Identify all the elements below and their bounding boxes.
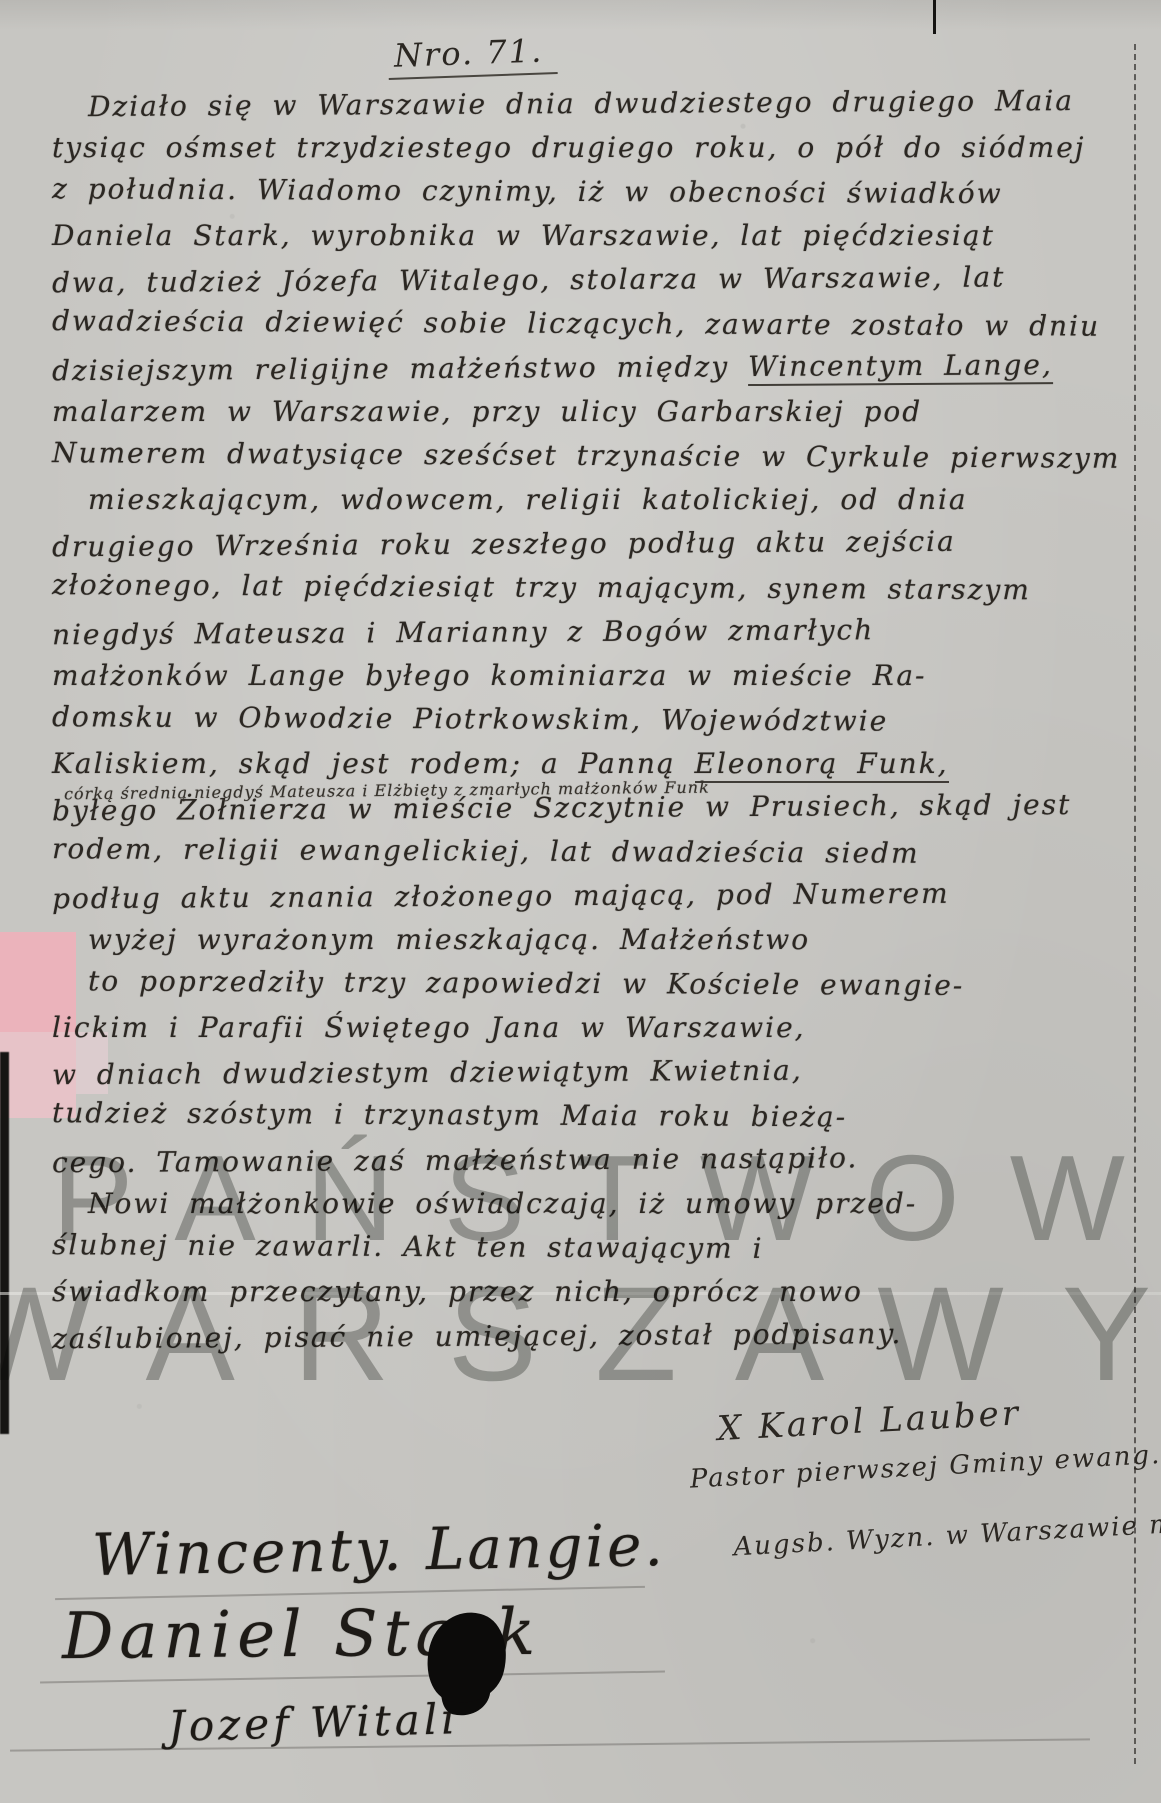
document-line: Numerem dwatysiące sześćset trzynaście w… bbox=[52, 431, 1127, 481]
document-line: podług aktu znania złożonego mającą, pod… bbox=[52, 871, 1127, 922]
officiant-signature-block: X Karol Lauber Pastor pierwszej Gminy ew… bbox=[646, 1383, 1161, 1566]
document-line: dzisiejszym religijne małżeństwo między … bbox=[52, 343, 1127, 394]
document-line: Działo się w Warszawie dnia dwudziestego… bbox=[52, 79, 1127, 130]
document-line: lickim i Parafii Świętego Jana w Warszaw… bbox=[52, 1006, 1127, 1050]
scanned-document-page: Nro. 71. Działo się w Warszawie dnia dwu… bbox=[0, 0, 1161, 1803]
document-line: to poprzedziły trzy zapowiedzi w Kościel… bbox=[52, 959, 1127, 1009]
document-line: niegdyś Mateusza i Marianny z Bogów zmar… bbox=[52, 607, 1127, 658]
document-line: Nowi małżonkowie oświadczają, iż umowy p… bbox=[52, 1182, 1127, 1226]
document-line: mieszkającym, wdowcem, religii katolicki… bbox=[52, 478, 1127, 522]
document-line: świadkom przeczytany, przez nich, oprócz… bbox=[52, 1270, 1127, 1314]
document-line: ślubnej nie zawarli. Akt ten stawającym … bbox=[52, 1223, 1127, 1273]
record-number: Nro. 71. bbox=[387, 31, 558, 80]
document-line: z południa. Wiadomo czynimy, iż w obecno… bbox=[52, 167, 1127, 217]
document-line: tysiąc ośmset trzydziestego drugiego rok… bbox=[52, 126, 1127, 170]
document-line: Daniela Stark, wyrobnika w Warszawie, la… bbox=[52, 214, 1127, 258]
document-line: małżonków Lange byłego kominiarza w mieś… bbox=[52, 654, 1127, 698]
document-line: domsku w Obwodzie Piotrkowskim, Wojewódz… bbox=[52, 695, 1127, 745]
officiant-name: X Karol Lauber bbox=[646, 1383, 1161, 1452]
line-text: Kaliskiem, skąd jest rodem; a Panną bbox=[52, 747, 695, 780]
top-edge-fold-line bbox=[933, 0, 936, 34]
signature-groom: Wincenty. Langie. bbox=[91, 1511, 666, 1589]
document-line: drugiego Września roku zeszłego podług a… bbox=[52, 519, 1127, 570]
document-line: tudzież szóstym i trzynastym Maia roku b… bbox=[52, 1091, 1127, 1141]
officiant-parish: Augsb. Wyzn. w Warszawie m/p. bbox=[653, 1507, 1161, 1566]
signature-witness-wital: Jozef Witali bbox=[167, 1694, 459, 1751]
document-line: wyżej wyrażonym mieszkającą. Małżeństwo bbox=[52, 918, 1127, 962]
underlined-groom-name: Wincentym Lange, bbox=[748, 348, 1053, 386]
act-body-text: Działo się w Warszawie dnia dwudziestego… bbox=[52, 82, 1127, 1358]
document-line: rodem, religii ewangelickiej, lat dwadzi… bbox=[52, 827, 1127, 877]
line-text: dzisiejszym religijne małżeństwo między bbox=[52, 350, 748, 387]
document-line: malarzem w Warszawie, przy ulicy Garbars… bbox=[52, 390, 1127, 434]
document-line: dwadzieścia dziewięć sobie liczących, za… bbox=[52, 299, 1127, 349]
document-line: w dniach dwudziestym dziewiątym Kwietnia… bbox=[52, 1047, 1127, 1098]
left-edge-scan-shadow bbox=[0, 1052, 9, 1434]
document-line: zaślubionej, pisać nie umiejącej, został… bbox=[52, 1311, 1127, 1362]
document-line: dwa, tudzież Józefa Witalego, stolarza w… bbox=[52, 255, 1127, 306]
document-line: cego. Tamowanie zaś małżeństwa nie nastą… bbox=[52, 1135, 1127, 1186]
underlined-bride-name: Eleonorą Funk, bbox=[695, 747, 949, 783]
document-line: złożonego, lat pięćdziesiąt trzy mającym… bbox=[52, 563, 1127, 613]
